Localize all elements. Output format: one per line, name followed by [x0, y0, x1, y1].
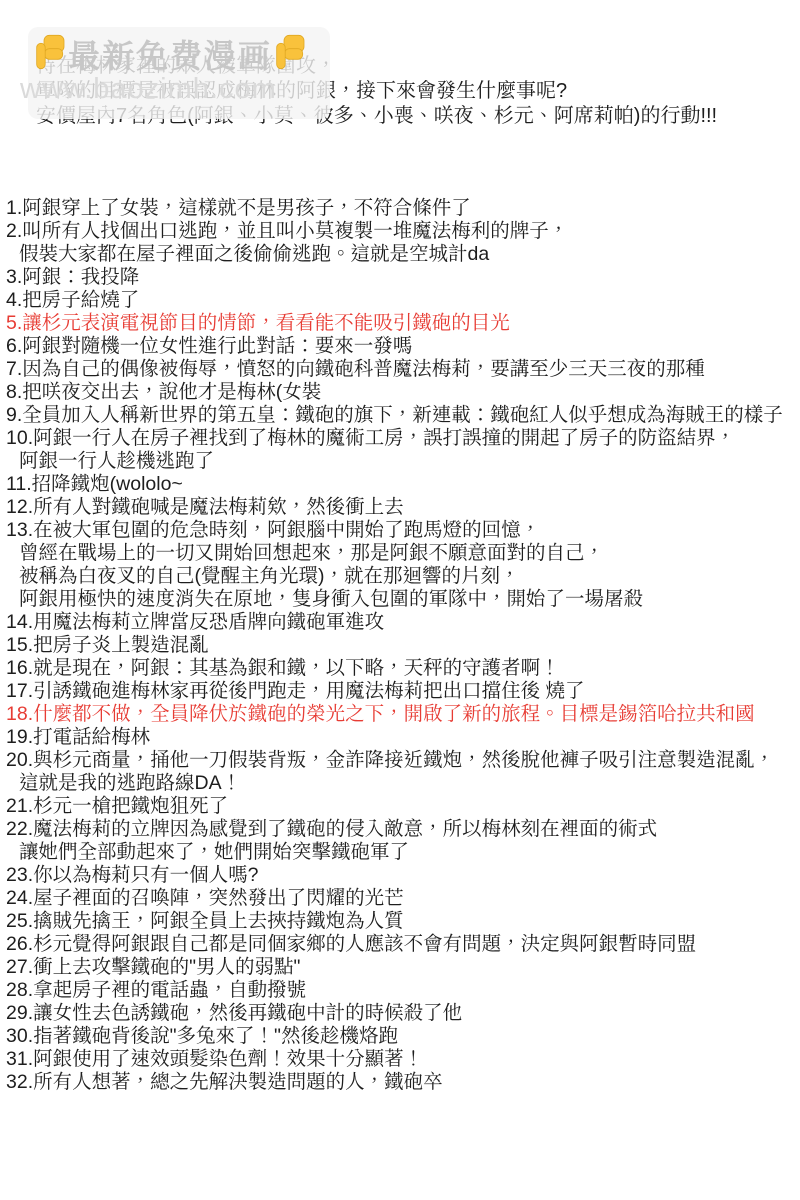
watermark-title-row: 最新免费漫画 — [34, 31, 306, 77]
list-item-text: 1.阿銀穿上了女裝，這樣就不是男孩子，不符合條件了 — [6, 197, 796, 220]
list-item-text: 23.你以為梅莉只有一個人嗎? — [6, 864, 796, 887]
list-item: 13.在被大軍包圍的危急時刻，阿銀腦中開始了跑馬燈的回憶，曾經在戰場上的一切又開… — [6, 519, 796, 611]
list-item-text: 22.魔法梅莉的立牌因為感覺到了鐵砲的侵入敵意，所以梅林刻在裡面的術式 — [6, 818, 796, 841]
list-item-text: 3.阿銀：我投降 — [6, 266, 796, 289]
list-item: 15.把房子炎上製造混亂 — [6, 634, 796, 657]
list-item-text: 25.擒賊先擒王，阿銀全員上去挾持鐵炮為人質 — [6, 910, 796, 933]
list-item: 5.讓杉元表演電視節目的情節，看看能不能吸引鐵砲的目光 — [6, 312, 796, 335]
list-item: 1.阿銀穿上了女裝，這樣就不是男孩子，不符合條件了 — [6, 197, 796, 220]
list-item: 2.叫所有人找個出口逃跑，並且叫小莫複製一堆魔法梅利的牌子，假裝大家都在屋子裡面… — [6, 220, 796, 266]
list-item: 24.屋子裡面的召喚陣，突然發出了閃耀的光芒 — [6, 887, 796, 910]
list-item-text: 18.什麼都不做，全員降伏於鐵砲的榮光之下，開啟了新的旅程。目標是錫箔哈拉共和國 — [6, 703, 796, 726]
list-item: 8.把咲夜交出去，說他才是梅林(女裝 — [6, 381, 796, 404]
list-item: 3.阿銀：我投降 — [6, 266, 796, 289]
list-item-text: 26.杉元覺得阿銀跟自己都是同個家鄉的人應該不會有問題，決定與阿銀暫時同盟 — [6, 933, 796, 956]
list-item-text: 21.杉元一槍把鐵炮狙死了 — [6, 795, 796, 818]
list-item-text: 2.叫所有人找個出口逃跑，並且叫小莫複製一堆魔法梅利的牌子， — [6, 220, 796, 243]
list-item-text: 31.阿銀使用了速效頭髮染色劑！效果十分顯著！ — [6, 1048, 796, 1071]
list-item: 11.招降鐵炮(wololo~ — [6, 473, 796, 496]
list-item-text-cont: 阿銀用極快的速度消失在原地，隻身衝入包圍的軍隊中，開始了一場屠殺 — [6, 588, 796, 611]
list-item-text: 11.招降鐵炮(wololo~ — [6, 473, 796, 496]
list-item-text: 19.打電話給梅林 — [6, 726, 796, 749]
list-item: 26.杉元覺得阿銀跟自己都是同個家鄉的人應該不會有問題，決定與阿銀暫時同盟 — [6, 933, 796, 956]
list-item-text-cont: 被稱為白夜叉的自己(覺醒主角光環)，就在那迴響的片刻， — [6, 565, 796, 588]
list-item-text: 13.在被大軍包圍的危急時刻，阿銀腦中開始了跑馬燈的回憶， — [6, 519, 796, 542]
list-item: 23.你以為梅莉只有一個人嗎? — [6, 864, 796, 887]
list-item-text: 29.讓女性去色誘鐵砲，然後再鐵砲中計的時候殺了他 — [6, 1002, 796, 1025]
list-item-text: 14.用魔法梅莉立牌當反恐盾牌向鐵砲軍進攻 — [6, 611, 796, 634]
list-item-text: 12.所有人對鐵砲喊是魔法梅莉欸，然後衝上去 — [6, 496, 796, 519]
list-item-text: 5.讓杉元表演電視節目的情節，看看能不能吸引鐵砲的目光 — [6, 312, 796, 335]
list-item: 27.衝上去攻擊鐵砲的"男人的弱點" — [6, 956, 796, 979]
answer-list: 1.阿銀穿上了女裝，這樣就不是男孩子，不符合條件了2.叫所有人找個出口逃跑，並且… — [6, 197, 796, 1094]
pointing-down-emoji — [274, 34, 306, 75]
list-item: 22.魔法梅莉的立牌因為感覺到了鐵砲的侵入敵意，所以梅林刻在裡面的術式讓她們全部… — [6, 818, 796, 864]
list-item: 19.打電話給梅林 — [6, 726, 796, 749]
list-item: 10.阿銀一行人在房子裡找到了梅林的魔術工房，誤打誤撞的開起了房子的防盜結界，阿… — [6, 427, 796, 473]
list-item: 21.杉元一槍把鐵炮狙死了 — [6, 795, 796, 818]
list-item: 4.把房子給燒了 — [6, 289, 796, 312]
list-item-text-cont: 這就是我的逃跑路線DA！ — [6, 772, 796, 795]
list-item-text-cont: 假裝大家都在屋子裡面之後偷偷逃跑。這就是空城計da — [6, 243, 796, 266]
list-item-text: 28.拿起房子裡的電話蟲，自動撥號 — [6, 979, 796, 1002]
list-item-text: 20.與杉元商量，捅他一刀假裝背叛，金詐降接近鐵炮，然後脫他褲子吸引注意製造混亂… — [6, 749, 796, 772]
list-item-text: 9.全員加入人稱新世界的第五皇：鐵砲的旗下，新連載：鐵砲紅人似乎想成為海賊王的樣… — [6, 404, 796, 427]
pointing-down-emoji — [34, 34, 66, 75]
list-item-text: 17.引誘鐵砲進梅林家再從後門跑走，用魔法梅莉把出口擋住後 燒了 — [6, 680, 796, 703]
list-item-text: 8.把咲夜交出去，說他才是梅林(女裝 — [6, 381, 796, 404]
list-item: 18.什麼都不做，全員降伏於鐵砲的榮光之下，開啟了新的旅程。目標是錫箔哈拉共和國 — [6, 703, 796, 726]
list-item: 12.所有人對鐵砲喊是魔法梅莉欸，然後衝上去 — [6, 496, 796, 519]
list-item: 17.引誘鐵砲進梅林家再從後門跑走，用魔法梅莉把出口擋住後 燒了 — [6, 680, 796, 703]
watermark-overlay: www.baozimh.com 最新免费漫画 — [28, 27, 330, 119]
list-item-text-cont: 阿銀一行人趁機逃跑了 — [6, 450, 796, 473]
list-item: 29.讓女性去色誘鐵砲，然後再鐵砲中計的時候殺了他 — [6, 1002, 796, 1025]
manga-text-page: 待在梅林家裡的眾人被軍隊圍攻， 軍隊的目標是被誤認成梅林的阿銀，接下來會發生什麼… — [0, 0, 800, 1200]
list-item-text: 32.所有人想著，總之先解決製造問題的人，鐵砲卒 — [6, 1071, 796, 1094]
list-item: 25.擒賊先擒王，阿銀全員上去挾持鐵炮為人質 — [6, 910, 796, 933]
list-item-text: 15.把房子炎上製造混亂 — [6, 634, 796, 657]
list-item: 32.所有人想著，總之先解決製造問題的人，鐵砲卒 — [6, 1071, 796, 1094]
list-item-text-cont: 讓她們全部動起來了，她們開始突擊鐵砲軍了 — [6, 841, 796, 864]
list-item-text: 7.因為自己的偶像被侮辱，憤怒的向鐵砲科普魔法梅莉，要講至少三天三夜的那種 — [6, 358, 796, 381]
list-item: 7.因為自己的偶像被侮辱，憤怒的向鐵砲科普魔法梅莉，要講至少三天三夜的那種 — [6, 358, 796, 381]
list-item: 14.用魔法梅莉立牌當反恐盾牌向鐵砲軍進攻 — [6, 611, 796, 634]
list-item-text: 27.衝上去攻擊鐵砲的"男人的弱點" — [6, 956, 796, 979]
list-item: 28.拿起房子裡的電話蟲，自動撥號 — [6, 979, 796, 1002]
list-item-text-cont: 曾經在戰場上的一切又開始回想起來，那是阿銀不願意面對的自己， — [6, 542, 796, 565]
watermark-title: 最新免费漫画 — [68, 31, 272, 77]
list-item-text: 30.指著鐵砲背後說"多兔來了！"然後趁機烙跑 — [6, 1025, 796, 1048]
list-item: 20.與杉元商量，捅他一刀假裝背叛，金詐降接近鐵炮，然後脫他褲子吸引注意製造混亂… — [6, 749, 796, 795]
list-item: 9.全員加入人稱新世界的第五皇：鐵砲的旗下，新連載：鐵砲紅人似乎想成為海賊王的樣… — [6, 404, 796, 427]
list-item-text: 10.阿銀一行人在房子裡找到了梅林的魔術工房，誤打誤撞的開起了房子的防盜結界， — [6, 427, 796, 450]
list-item-text: 16.就是現在，阿銀：其基為銀和鐵，以下略，天秤的守護者啊！ — [6, 657, 796, 680]
list-item: 6.阿銀對隨機一位女性進行此對話：要來一發嗎 — [6, 335, 796, 358]
list-item-text: 24.屋子裡面的召喚陣，突然發出了閃耀的光芒 — [6, 887, 796, 910]
list-item-text: 4.把房子給燒了 — [6, 289, 796, 312]
watermark-url: www.baozimh.com — [20, 73, 277, 106]
list-item-text: 6.阿銀對隨機一位女性進行此對話：要來一發嗎 — [6, 335, 796, 358]
list-item: 30.指著鐵砲背後說"多兔來了！"然後趁機烙跑 — [6, 1025, 796, 1048]
list-item: 16.就是現在，阿銀：其基為銀和鐵，以下略，天秤的守護者啊！ — [6, 657, 796, 680]
list-item: 31.阿銀使用了速效頭髮染色劑！效果十分顯著！ — [6, 1048, 796, 1071]
